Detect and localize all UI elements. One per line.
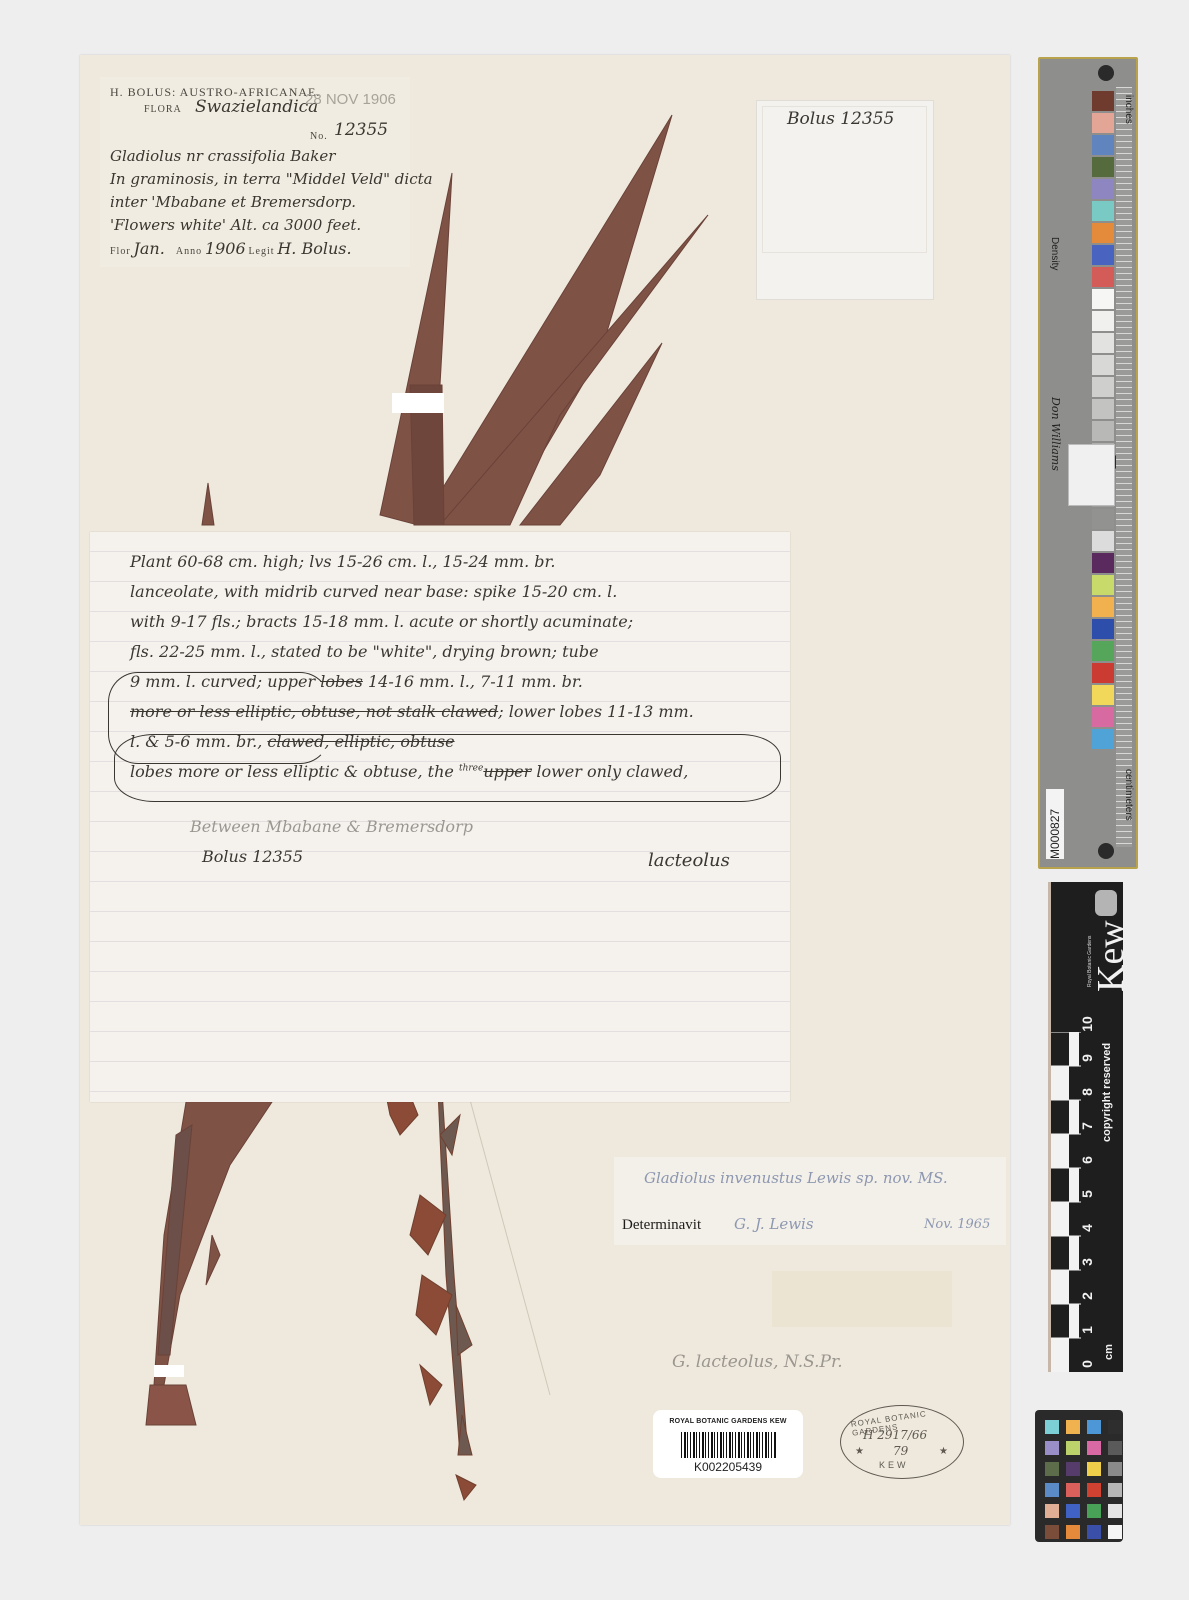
color-swatch xyxy=(1092,223,1114,243)
checker-cell xyxy=(1087,1462,1101,1476)
color-swatch xyxy=(1092,685,1114,705)
flora-value: Swazielandica xyxy=(195,97,318,117)
line8-insert: three xyxy=(459,764,483,774)
scale-tick-5: 5 xyxy=(1079,1190,1095,1198)
strip-id: M000827 xyxy=(1048,809,1062,859)
line5-suffix: 14-16 mm. l., 7-11 mm. br. xyxy=(363,672,583,691)
barcode-icon xyxy=(681,1432,777,1458)
number-label: No. xyxy=(310,131,328,142)
color-swatch xyxy=(1092,135,1114,155)
star-icon: ★ xyxy=(939,1446,948,1457)
checker-cell xyxy=(1087,1525,1101,1539)
line6-suffix: ; lower lobes 11-13 mm. xyxy=(498,702,694,721)
scale-tick-7: 7 xyxy=(1079,1122,1095,1130)
checker-cell xyxy=(1108,1525,1122,1539)
description-line-7: l. & 5-6 mm. br., clawed, elliptic, obtu… xyxy=(130,732,455,751)
checker-cell xyxy=(1066,1525,1080,1539)
bolus-reference: Bolus 12355 xyxy=(202,847,303,866)
description-line-2: lanceolate, with midrib curved near base… xyxy=(130,582,617,601)
color-swatch xyxy=(1092,179,1114,199)
determined-name: Gladiolus invenustus Lewis sp. nov. MS. xyxy=(644,1169,948,1187)
checker-cell xyxy=(1108,1441,1122,1455)
color-swatch xyxy=(1092,333,1114,353)
scale-tick-10: 10 xyxy=(1079,1016,1095,1032)
collection-footer: Flor Jan. Anno 1906 Legit H. Bolus. xyxy=(110,239,352,258)
color-swatch xyxy=(1092,663,1114,683)
line7-struck: clawed, elliptic, obtuse xyxy=(267,732,454,751)
color-swatch xyxy=(1092,377,1114,397)
color-swatches xyxy=(1092,91,1114,751)
color-swatch xyxy=(1092,509,1114,529)
stamp-accession-number: H 2917/66 xyxy=(863,1428,927,1442)
color-swatch xyxy=(1092,707,1114,727)
inches-label: inches xyxy=(1123,95,1134,124)
color-calibration-strip: inches centimeters Density Don Williams … xyxy=(1038,57,1138,869)
kew-subbrand: Royal Botanic Gardens xyxy=(1087,936,1093,987)
color-swatch xyxy=(1092,91,1114,111)
checker-cell xyxy=(1066,1420,1080,1434)
description-line-3: with 9-17 fls.; bracts 15-18 mm. l. acut… xyxy=(130,612,633,631)
stamp-sub-number: 79 xyxy=(893,1444,908,1458)
herbarium-stamp: ROYAL BOTANIC GARDENS H 2917/66 ★ 79 ★ K… xyxy=(840,1405,964,1479)
checker-cell xyxy=(1108,1483,1122,1497)
color-swatch xyxy=(1092,245,1114,265)
determination-date: Nov. 1965 xyxy=(924,1217,990,1232)
kew-brand: Kew xyxy=(1089,920,1133,992)
color-swatch xyxy=(1092,113,1114,133)
scale-tick-4: 4 xyxy=(1079,1224,1095,1232)
color-swatch xyxy=(1092,267,1114,287)
color-swatch xyxy=(1092,355,1114,375)
description-line-5: 9 mm. l. curved; upper lobes 14-16 mm. l… xyxy=(130,672,583,691)
checker-cell xyxy=(1108,1504,1122,1518)
mini-color-checker xyxy=(1035,1410,1123,1542)
flora-label: FLORA xyxy=(144,104,182,115)
line5-prefix: 9 mm. l. curved; upper xyxy=(130,672,320,691)
scale-tick-6: 6 xyxy=(1079,1156,1095,1164)
color-swatch xyxy=(1092,597,1114,617)
centimeters-label: centimeters xyxy=(1123,769,1134,821)
description-line-1: Plant 60-68 cm. high; lvs 15-26 cm. l., … xyxy=(130,552,556,571)
checker-cell xyxy=(1087,1483,1101,1497)
line6-struck: more or less elliptic, obtuse, not stalk… xyxy=(130,702,498,721)
received-date-stamp: 28 NOV 1906 xyxy=(305,91,396,108)
legit-label: Legit xyxy=(248,246,274,257)
locality-pencil-note: Between Mbabane & Bremersdorp xyxy=(190,817,473,836)
habitat-line: In graminosis, in terra "Middel Veld" di… xyxy=(110,170,433,188)
sheet-pencil-note: G. lacteolus, N.S.Pr. xyxy=(672,1352,843,1372)
notes-line: 'Flowers white' Alt. ca 3000 feet. xyxy=(110,216,361,234)
line5-struck: lobes xyxy=(320,672,363,691)
checker-cell xyxy=(1087,1441,1101,1455)
collection-number: 12355 xyxy=(334,120,388,140)
brand-label: Don Williams xyxy=(1049,397,1062,471)
kew-crest-icon xyxy=(1095,890,1117,916)
epithet-note: lacteolus xyxy=(648,850,730,871)
scale-tick-1: 1 xyxy=(1079,1326,1095,1334)
color-swatch xyxy=(1092,289,1114,309)
barcode-label: ROYAL BOTANIC GARDENS KEW K002205439 xyxy=(653,1410,803,1478)
scale-tick-9: 9 xyxy=(1079,1054,1095,1062)
description-line-8: lobes more or less elliptic & obtuse, th… xyxy=(130,762,688,781)
color-swatch xyxy=(1092,575,1114,595)
color-swatch xyxy=(1092,157,1114,177)
bolus-number-label: Bolus 12355 xyxy=(756,100,934,300)
color-swatch xyxy=(1092,399,1114,419)
checker-cell xyxy=(1066,1462,1080,1476)
density-label: Density xyxy=(1049,237,1060,270)
cm-scale-bars xyxy=(1051,1032,1081,1372)
line8-struck: upper xyxy=(483,762,531,781)
line8-prefix: lobes more or less elliptic & obtuse, th… xyxy=(130,762,459,781)
anno-value: 1906 xyxy=(205,239,246,258)
checker-cell xyxy=(1045,1462,1059,1476)
line7-prefix: l. & 5-6 mm. br., xyxy=(130,732,267,751)
description-line-4: fls. 22-25 mm. l., stated to be "white",… xyxy=(130,642,599,661)
flor-label: Flor xyxy=(110,246,131,257)
determination-line: Gladiolus nr crassifolia Baker xyxy=(110,147,335,165)
kew-scale-bar: Kew Royal Botanic Gardens 0 1 2 3 4 5 6 … xyxy=(1048,882,1123,1372)
checker-cell xyxy=(1045,1441,1059,1455)
flor-value: Jan. xyxy=(133,239,164,258)
stamp-kew: KEW xyxy=(879,1460,909,1470)
mini-checker-grid xyxy=(1045,1420,1122,1539)
anno-label: Anno xyxy=(176,246,202,257)
barcode-number: K002205439 xyxy=(653,1460,803,1474)
checker-cell xyxy=(1108,1462,1122,1476)
inch-cm-ruler xyxy=(1116,87,1132,847)
description-line-6: more or less elliptic, obtuse, not stalk… xyxy=(130,702,694,721)
checker-cell xyxy=(1087,1420,1101,1434)
checker-cell xyxy=(1066,1441,1080,1455)
color-swatch xyxy=(1092,421,1114,441)
scale-tick-8: 8 xyxy=(1079,1088,1095,1096)
barcode-title: ROYAL BOTANIC GARDENS KEW xyxy=(653,1418,803,1425)
line8-suffix: lower only clawed, xyxy=(531,762,688,781)
color-swatch xyxy=(1092,531,1114,551)
color-swatch xyxy=(1092,553,1114,573)
scale-tick-3: 3 xyxy=(1079,1258,1095,1266)
mount-hole xyxy=(1098,843,1114,859)
scale-tick-0: 0 xyxy=(1079,1360,1095,1368)
checker-cell xyxy=(1045,1420,1059,1434)
bolus-number-text: Bolus 12355 xyxy=(787,109,894,129)
checker-cell xyxy=(1045,1504,1059,1518)
gray-scale-target xyxy=(1068,444,1115,506)
star-icon: ★ xyxy=(855,1446,864,1457)
mount-hole xyxy=(1098,65,1114,81)
checker-cell xyxy=(1045,1525,1059,1539)
description-sheet: Plant 60-68 cm. high; lvs 15-26 cm. l., … xyxy=(90,532,790,1102)
determinavit-label: Determinavit xyxy=(622,1217,701,1234)
locality-line: inter 'Mbabane et Bremersdorp. xyxy=(110,193,356,211)
checker-cell xyxy=(1066,1483,1080,1497)
faded-label-stain xyxy=(772,1271,952,1327)
color-swatch xyxy=(1092,641,1114,661)
determiner-name: G. J. Lewis xyxy=(734,1215,814,1233)
checker-cell xyxy=(1066,1504,1080,1518)
checker-cell xyxy=(1045,1483,1059,1497)
scale-unit: cm xyxy=(1103,1344,1115,1360)
determination-label: Gladiolus invenustus Lewis sp. nov. MS. … xyxy=(614,1157,1006,1245)
copyright-notice: copyright reserved xyxy=(1101,1043,1113,1142)
color-swatch xyxy=(1092,619,1114,639)
scale-tick-2: 2 xyxy=(1079,1292,1095,1300)
color-swatch xyxy=(1092,201,1114,221)
color-swatch xyxy=(1092,311,1114,331)
strap-tape xyxy=(392,393,444,413)
checker-cell xyxy=(1087,1504,1101,1518)
collection-label: H. BOLUS: AUSTRO-AFRICANAE. FLORA Swazie… xyxy=(100,77,410,267)
legit-value: H. Bolus. xyxy=(277,239,351,258)
herbarium-sheet: H. BOLUS: AUSTRO-AFRICANAE. FLORA Swazie… xyxy=(80,55,1010,1525)
color-swatch xyxy=(1092,729,1114,749)
checker-cell xyxy=(1108,1420,1122,1434)
